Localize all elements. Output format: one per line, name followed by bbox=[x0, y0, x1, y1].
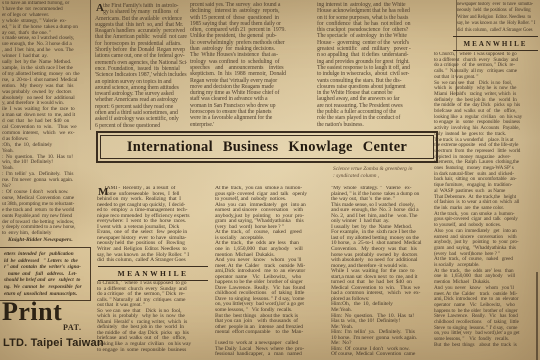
headline-box: International Business Knowlage Center bbox=[96, 131, 438, 163]
printer-imprint: Print bbox=[2, 299, 62, 325]
headline-title: International Business Knowlage Center bbox=[127, 139, 407, 156]
printer-company-line: LTD. Taipei Taiwan bbox=[3, 337, 104, 349]
headline-box-inner-border: International Business Knowlage Center bbox=[100, 135, 434, 159]
article-column-1-bottom: to Church, ' where I was supposed to go … bbox=[97, 281, 210, 360]
article-column-1-top: IAMI - Recently , as a result of some un… bbox=[97, 186, 210, 265]
letters-to-editor-box: etters intended for publication ld be ad… bbox=[0, 247, 91, 301]
article-column-2: At the track, you can smoke a humon- gou… bbox=[215, 186, 327, 360]
top-column-1: the First Family's faith in astrolo- gy … bbox=[95, 3, 187, 129]
column-divider-left bbox=[90, 0, 91, 130]
syndicated-byline: Sclence vrtue Zomba & greenberg in : syn… bbox=[333, 166, 445, 180]
newspaper-page: s to have an inflamed furlong, or 't hav… bbox=[0, 0, 540, 360]
meanwhile-header-left: MEANWHILE bbox=[98, 266, 208, 281]
printer-pat-label: PAT. bbox=[63, 323, 82, 332]
right-column-upper: newspaper history ever to have simulta- … bbox=[457, 2, 539, 35]
meanwhile-header-right: MEANWHILE bbox=[453, 36, 538, 51]
top-column-2: prcent said yes. The survey also found a… bbox=[190, 2, 314, 129]
article-column-3: "My whole strategy. " Valerie ex- plaine… bbox=[331, 186, 442, 360]
wire-service-credit: Knight-Ridder Newspapers. bbox=[8, 237, 90, 243]
right-column-lower: to Church, ' where I was supposed to go … bbox=[434, 52, 538, 360]
pasted-box-edge bbox=[536, 272, 538, 360]
left-strip-column: s to have an inflamed furlong, or 't hav… bbox=[2, 1, 88, 236]
